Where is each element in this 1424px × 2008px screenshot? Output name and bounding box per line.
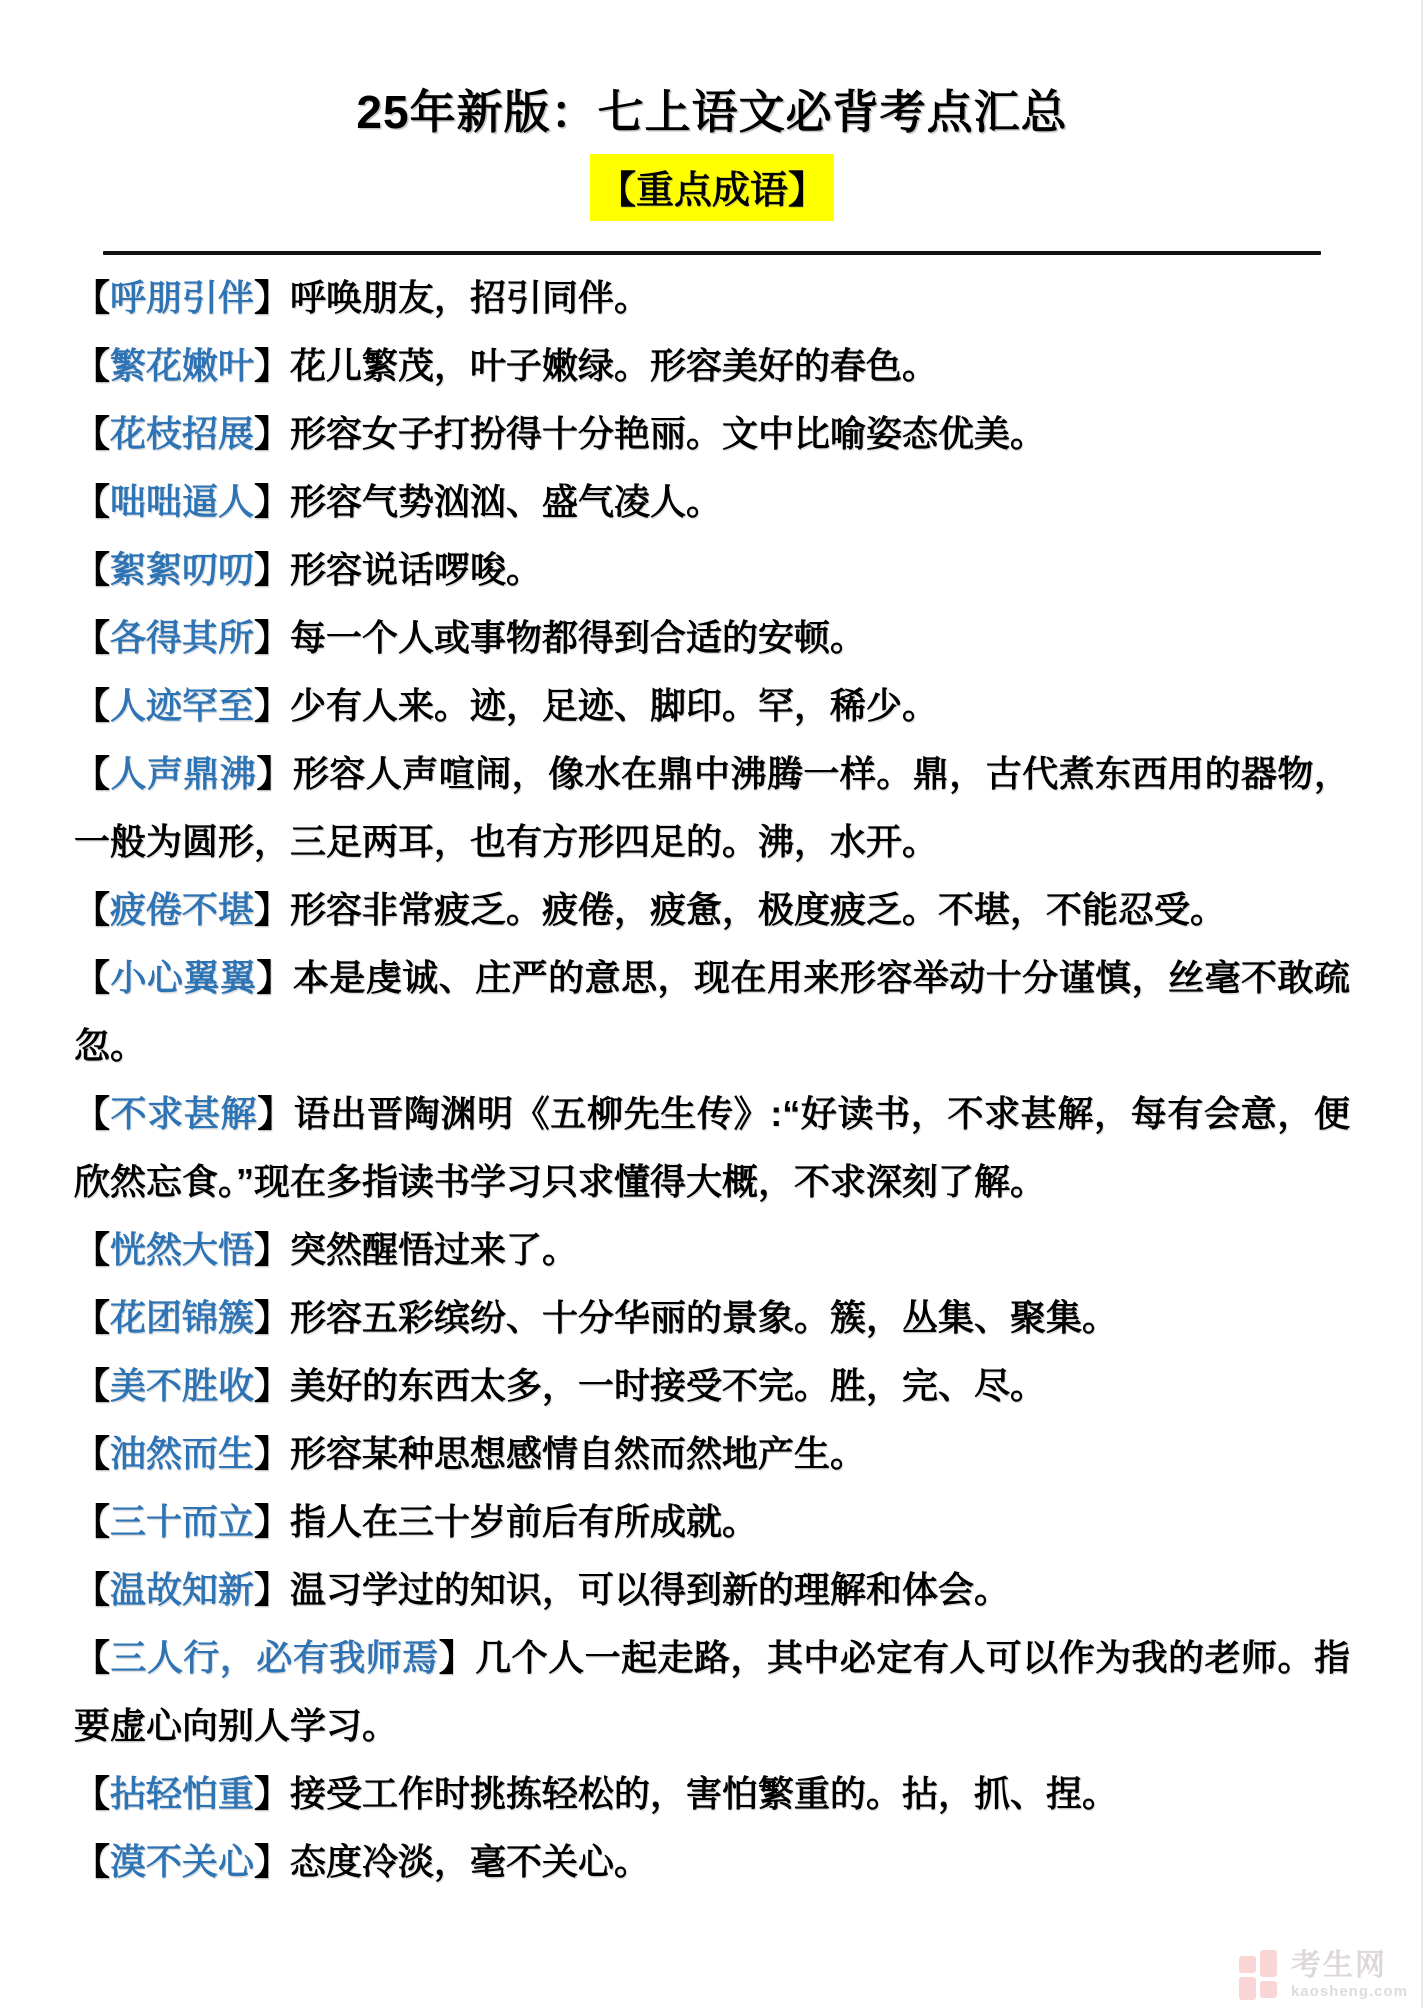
- idiom-term: 疲倦不堪: [110, 889, 254, 930]
- idiom-entry: 【恍然大悟】突然醒悟过来了。: [74, 1216, 1350, 1284]
- idiom-definition: 形容某种思想感情自然而然地产生。: [290, 1433, 866, 1474]
- bracket-open: 【: [74, 617, 110, 658]
- page-title: 25年新版：七上语文必背考点汇总: [74, 0, 1350, 142]
- idiom-definition: 突然醒悟过来了。: [290, 1229, 578, 1270]
- idiom-entry: 【油然而生】形容某种思想感情自然而然地产生。: [74, 1420, 1350, 1488]
- idiom-entry: 【拈轻怕重】接受工作时挑拣轻松的，害怕繁重的。拈，抓、捏。: [74, 1760, 1350, 1828]
- idiom-definition: 花儿繁茂，叶子嫩绿。形容美好的春色。: [290, 345, 938, 386]
- idiom-entry: 【人迹罕至】少有人来。迹，足迹、脚印。罕，稀少。: [74, 672, 1350, 740]
- bracket-close: 】: [254, 1365, 290, 1406]
- bracket-open: 【: [74, 1501, 110, 1542]
- idiom-term: 咄咄逼人: [110, 481, 254, 522]
- document-page: 25年新版：七上语文必背考点汇总 【重点成语】 【呼朋引伴】呼唤朋友，招引同伴。…: [0, 0, 1424, 1896]
- idiom-term: 各得其所: [110, 617, 254, 658]
- idiom-entry: 【各得其所】每一个人或事物都得到合适的安顿。: [74, 604, 1350, 672]
- bracket-open: 【: [74, 957, 110, 998]
- bracket-close: 】: [254, 1569, 290, 1610]
- bracket-open: 【: [74, 1093, 111, 1134]
- bracket-close: 】: [256, 753, 292, 794]
- idiom-entry: 【人声鼎沸】形容人声喧闹，像水在鼎中沸腾一样。鼎，古代煮东西用的器物，一般为圆形…: [74, 740, 1350, 876]
- bracket-open: 【: [74, 1637, 110, 1678]
- idiom-entry: 【三十而立】指人在三十岁前后有所成就。: [74, 1488, 1350, 1556]
- idiom-term: 漠不关心: [110, 1841, 254, 1882]
- bracket-close: 】: [254, 1433, 290, 1474]
- idiom-definition: 呼唤朋友，招引同伴。: [290, 277, 650, 318]
- idiom-term: 三十而立: [110, 1501, 254, 1542]
- bracket-close: 】: [254, 889, 290, 930]
- idiom-term: 人迹罕至: [110, 685, 254, 726]
- idiom-entry: 【繁花嫩叶】花儿繁茂，叶子嫩绿。形容美好的春色。: [74, 332, 1350, 400]
- idiom-entry: 【疲倦不堪】形容非常疲乏。疲倦，疲惫，极度疲乏。不堪，不能忍受。: [74, 876, 1350, 944]
- idiom-term: 人声鼎沸: [110, 753, 256, 794]
- subtitle-row: 【重点成语】: [74, 154, 1350, 221]
- bracket-open: 【: [74, 1365, 110, 1406]
- bracket-open: 【: [74, 413, 110, 454]
- separator-rule: [103, 251, 1321, 255]
- idiom-term: 不求甚解: [111, 1093, 258, 1134]
- idiom-entry: 【花团锦簇】形容五彩缤纷、十分华丽的景象。簇，丛集、聚集。: [74, 1284, 1350, 1352]
- idiom-entry: 【美不胜收】美好的东西太多，一时接受不完。胜，完、尽。: [74, 1352, 1350, 1420]
- idiom-term: 三人行，必有我师焉: [110, 1637, 438, 1678]
- idiom-entry: 【小心翼翼】本是虔诚、庄严的意思，现在用来形容举动十分谨慎，丝毫不敢疏忽。: [74, 944, 1350, 1080]
- idiom-term: 花团锦簇: [110, 1297, 254, 1338]
- bracket-close: 】: [256, 957, 292, 998]
- idiom-list: 【呼朋引伴】呼唤朋友，招引同伴。【繁花嫩叶】花儿繁茂，叶子嫩绿。形容美好的春色。…: [74, 264, 1350, 1896]
- idiom-definition: 形容女子打扮得十分艳丽。文中比喻姿态优美。: [290, 413, 1046, 454]
- screenshot-right-edge: [1421, 0, 1423, 2008]
- idiom-entry: 【温故知新】温习学过的知识，可以得到新的理解和体会。: [74, 1556, 1350, 1624]
- bracket-close: 】: [254, 277, 290, 318]
- idiom-term: 呼朋引伴: [110, 277, 254, 318]
- bracket-open: 【: [74, 1229, 110, 1270]
- idiom-term: 油然而生: [110, 1433, 254, 1474]
- bracket-open: 【: [74, 1841, 110, 1882]
- idiom-entry: 【花枝招展】形容女子打扮得十分艳丽。文中比喻姿态优美。: [74, 400, 1350, 468]
- bracket-close: 】: [254, 1773, 290, 1814]
- bracket-open: 【: [74, 685, 110, 726]
- idiom-definition: 形容非常疲乏。疲倦，疲惫，极度疲乏。不堪，不能忍受。: [290, 889, 1226, 930]
- idiom-term: 花枝招展: [110, 413, 254, 454]
- idiom-definition: 温习学过的知识，可以得到新的理解和体会。: [290, 1569, 1010, 1610]
- bracket-open: 【: [74, 1773, 110, 1814]
- bracket-close: 】: [254, 1229, 290, 1270]
- bracket-open: 【: [74, 345, 110, 386]
- bracket-close: 】: [254, 345, 290, 386]
- idiom-entry: 【呼朋引伴】呼唤朋友，招引同伴。: [74, 264, 1350, 332]
- bracket-close: 】: [254, 413, 290, 454]
- bracket-open: 【: [74, 549, 110, 590]
- idiom-definition: 接受工作时挑拣轻松的，害怕繁重的。拈，抓、捏。: [290, 1773, 1118, 1814]
- bracket-open: 【: [74, 277, 110, 318]
- bracket-close: 】: [439, 1637, 475, 1678]
- idiom-term: 小心翼翼: [110, 957, 256, 998]
- bracket-close: 】: [257, 1093, 294, 1134]
- idiom-term: 拈轻怕重: [110, 1773, 254, 1814]
- bracket-close: 】: [254, 1841, 290, 1882]
- idiom-entry: 【絮絮叨叨】形容说话啰唆。: [74, 536, 1350, 604]
- idiom-definition: 指人在三十岁前后有所成就。: [290, 1501, 758, 1542]
- watermark-site-domain: kaosheng.com: [1291, 1984, 1408, 1999]
- bracket-close: 】: [254, 1501, 290, 1542]
- bracket-open: 【: [74, 1433, 110, 1474]
- idiom-definition: 形容说话啰唆。: [290, 549, 542, 590]
- bracket-open: 【: [74, 889, 110, 930]
- watermark: 考生网 kaosheng.com: [1239, 1950, 1408, 2000]
- subtitle-highlight: 【重点成语】: [590, 154, 834, 221]
- bracket-open: 【: [74, 753, 110, 794]
- idiom-definition: 美好的东西太多，一时接受不完。胜，完、尽。: [290, 1365, 1046, 1406]
- idiom-term: 美不胜收: [110, 1365, 254, 1406]
- idiom-definition: 形容五彩缤纷、十分华丽的景象。簇，丛集、聚集。: [290, 1297, 1118, 1338]
- watermark-site-name: 考生网: [1291, 1951, 1408, 1981]
- bracket-open: 【: [74, 1297, 110, 1338]
- idiom-definition: 每一个人或事物都得到合适的安顿。: [290, 617, 866, 658]
- bracket-close: 】: [254, 549, 290, 590]
- idiom-entry: 【三人行，必有我师焉】几个人一起走路，其中必定有人可以作为我的老师。指要虚心向别…: [74, 1624, 1350, 1760]
- bracket-close: 】: [254, 1297, 290, 1338]
- idiom-entry: 【漠不关心】态度冷淡，毫不关心。: [74, 1828, 1350, 1896]
- idiom-term: 恍然大悟: [110, 1229, 254, 1270]
- idiom-term: 温故知新: [110, 1569, 254, 1610]
- bracket-open: 【: [74, 1569, 110, 1610]
- idiom-entry: 【咄咄逼人】形容气势汹汹、盛气凌人。: [74, 468, 1350, 536]
- kaosheng-logo-icon: [1239, 1950, 1283, 2000]
- idiom-definition: 形容气势汹汹、盛气凌人。: [290, 481, 722, 522]
- bracket-close: 】: [254, 481, 290, 522]
- bracket-close: 】: [254, 617, 290, 658]
- bracket-close: 】: [254, 685, 290, 726]
- watermark-text: 考生网 kaosheng.com: [1291, 1951, 1408, 1999]
- idiom-entry: 【不求甚解】语出晋陶渊明《五柳先生传》:“好读书，不求甚解，每有会意，便欣然忘食…: [74, 1080, 1350, 1216]
- idiom-definition: 态度冷淡，毫不关心。: [290, 1841, 650, 1882]
- idiom-term: 絮絮叨叨: [110, 549, 254, 590]
- idiom-term: 繁花嫩叶: [110, 345, 254, 386]
- idiom-definition: 少有人来。迹，足迹、脚印。罕，稀少。: [290, 685, 938, 726]
- bracket-open: 【: [74, 481, 110, 522]
